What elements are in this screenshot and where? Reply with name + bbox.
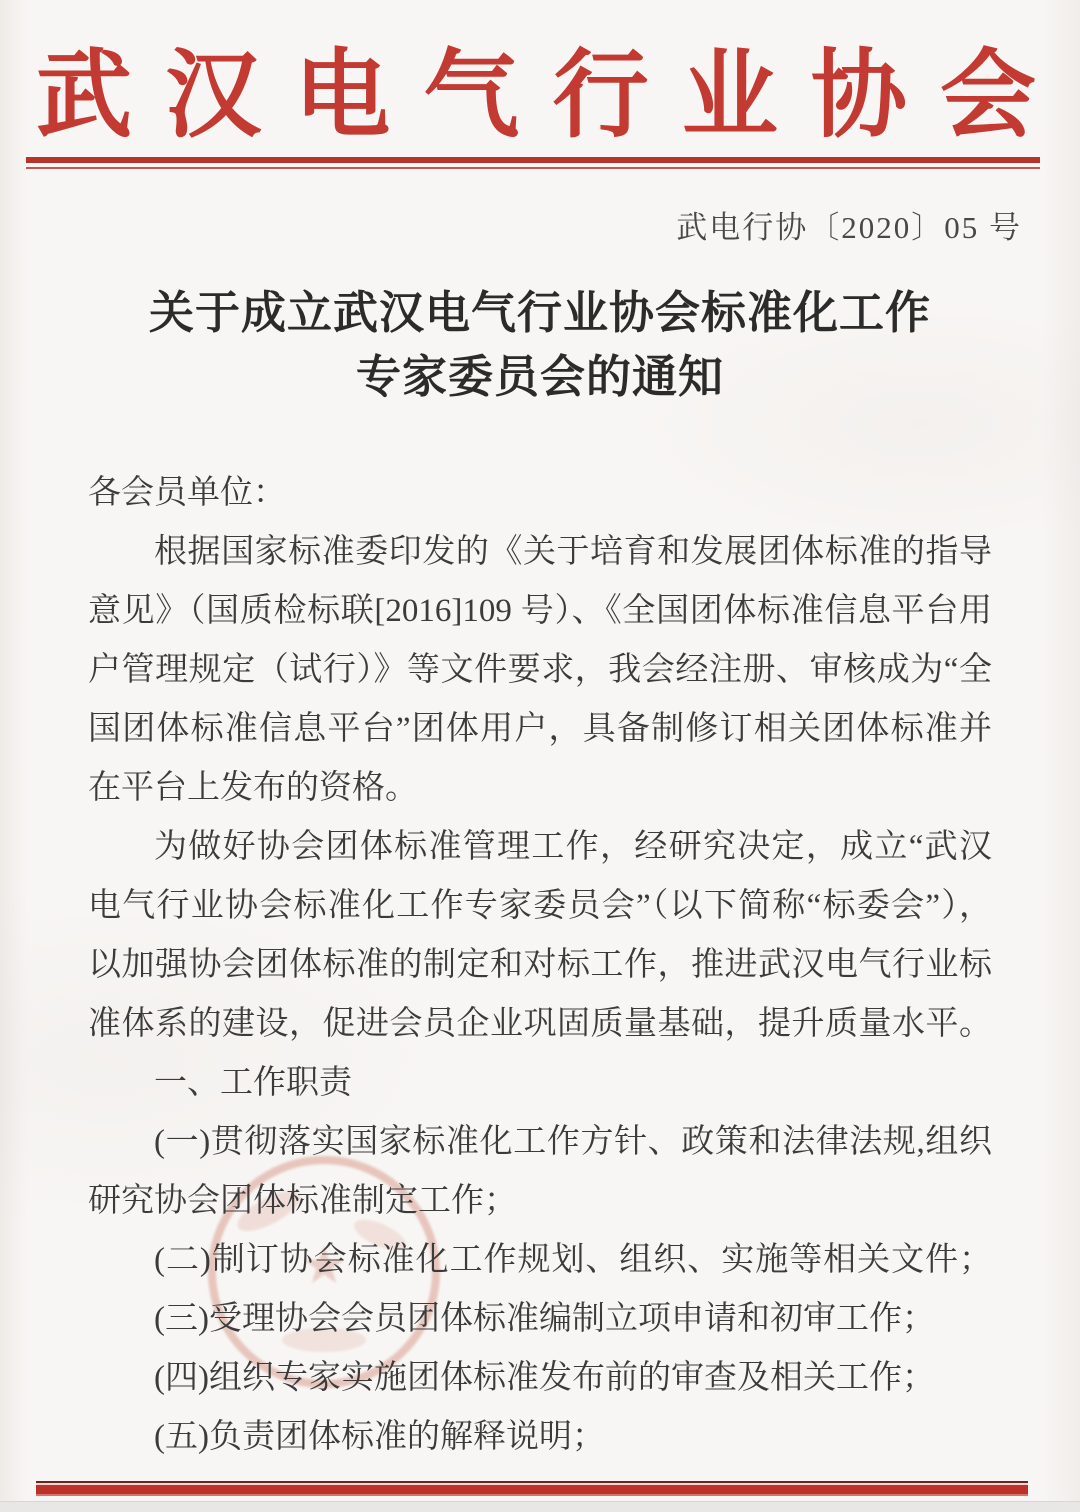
body-line: (五)负责团体标准的解释说明； [88,1408,992,1467]
body-line: 电气行业协会标准化工作专家委员会”（以下简称“标委会”）， [88,877,992,936]
body-line: 一、工作职责 [88,1054,992,1113]
body-line: 准体系的建设，促进会员企业巩固质量基础，提升质量水平。 [88,995,992,1054]
document-number: 武电行协〔2020〕05 号 [676,202,1022,247]
body-line: 根据国家标准委印发的《关于培育和发展团体标准的指导 [88,523,992,582]
body-line: (二)制订协会标准化工作规划、组织、实施等相关文件； [88,1231,992,1290]
footer-rule [36,1481,1028,1496]
body-line: 为做好协会团体标准管理工作，经研究决定，成立“武汉 [88,818,992,877]
body-line: (三)受理协会会员团体标准编制立项申请和初审工作； [88,1290,992,1349]
document-title: 关于成立武汉电气行业协会标准化工作 专家委员会的通知 [0,281,1080,409]
body-line: 意见》（国质检标联[2016]109 号）、《全国团体标准信息平台用 [88,582,992,641]
document-title-line-1: 关于成立武汉电气行业协会标准化工作 [0,281,1080,345]
body-line: 国团体标准信息平台”团体用户，具备制修订相关团体标准并 [88,700,992,759]
body-line: (一)贯彻落实国家标准化工作方针、政策和法律法规,组织 [88,1113,992,1172]
masthead-org-name: 武汉电气行业协会 [36,42,1036,150]
body-line: 研究协会团体标准制定工作； [88,1172,992,1231]
body-line: 户管理规定（试行）》等文件要求，我会经注册、审核成为“全 [88,641,992,700]
body-line: 以加强协会团体标准的制定和对标工作，推进武汉电气行业标 [88,936,992,995]
body-line: 各会员单位： [88,464,992,523]
document-title-line-2: 专家委员会的通知 [0,345,1080,409]
scanner-edge-strip [0,1501,1080,1512]
masthead-rule-thin [26,167,1040,169]
scanned-document-page: 武汉电气行业协会 武电行协〔2020〕05 号 关于成立武汉电气行业协会标准化工… [0,0,1080,1512]
body-line: 在平台上发布的资格。 [88,759,992,818]
masthead-rule-thick [26,157,1040,163]
body-line: (四)组织专家实施团体标准发布前的审查及相关工作； [88,1349,992,1408]
document-body: 各会员单位：根据国家标准委印发的《关于培育和发展团体标准的指导意见》（国质检标联… [88,464,992,1467]
